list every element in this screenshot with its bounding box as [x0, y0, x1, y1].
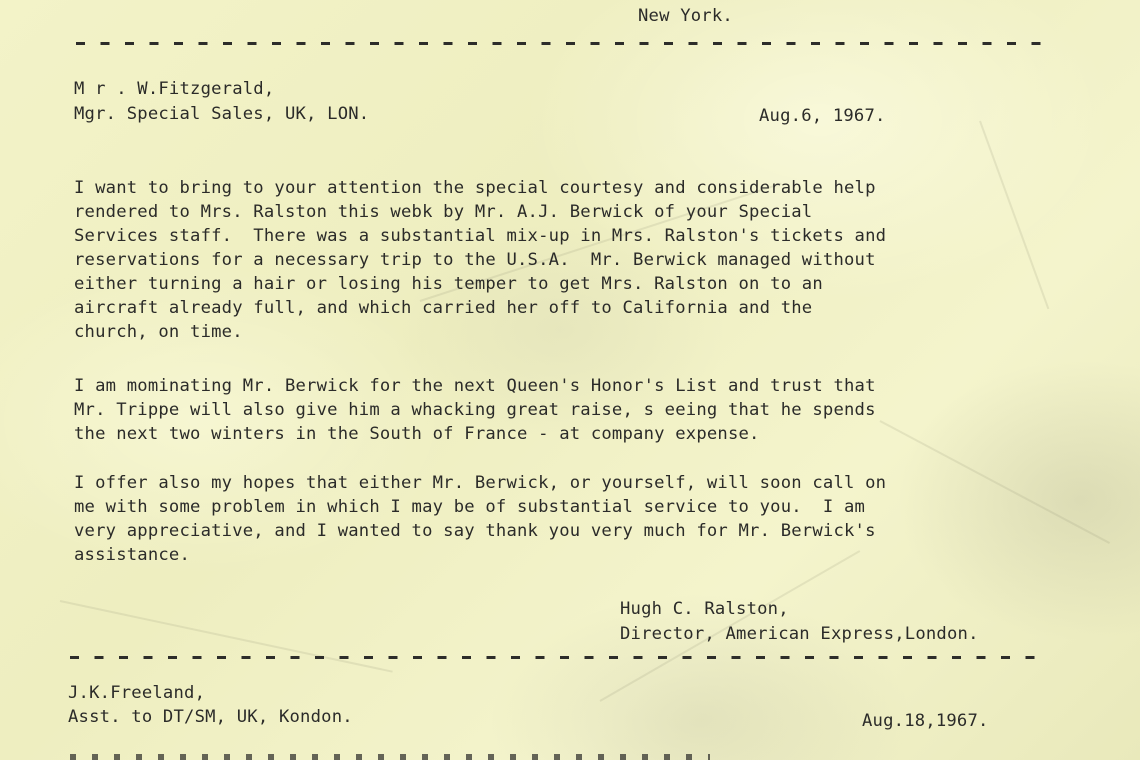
paragraph-line: church, on time. [74, 320, 886, 344]
separator-top [76, 42, 1042, 45]
paper-crease [979, 121, 1049, 310]
paragraph-line: I want to bring to your attention the sp… [74, 176, 886, 200]
paragraph-line: Services staff. There was a substantial … [74, 224, 886, 248]
paragraph-line: reservations for a necessary trip to the… [74, 248, 886, 272]
paper-crease [880, 420, 1111, 544]
paragraph-line: Mr. Trippe will also give him a whacking… [74, 398, 876, 422]
paragraph-line: the next two winters in the South of Fra… [74, 422, 876, 446]
sender-name: J.K.Freeland, [68, 681, 205, 705]
paragraph-line: me with some problem in which I may be o… [74, 495, 886, 519]
signature-title: Director, American Express,London. [620, 622, 979, 646]
recipient-title: Mgr. Special Sales, UK, LON. [74, 102, 369, 126]
paragraph-line: either turning a hair or losing his temp… [74, 272, 886, 296]
paragraph-1: I want to bring to your attention the sp… [74, 176, 886, 344]
paper-crease [60, 600, 393, 673]
paragraph-line: aircraft already full, and which carried… [74, 296, 886, 320]
paragraph-3: I offer also my hopes that either Mr. Be… [74, 471, 886, 567]
cropped-text-fragment [70, 754, 710, 760]
paragraph-line: assistance. [74, 543, 886, 567]
header-city: New York. [638, 4, 733, 28]
paragraph-line: very appreciative, and I wanted to say t… [74, 519, 886, 543]
letter-2-date: Aug.18,1967. [862, 709, 989, 733]
separator-middle [70, 656, 1036, 659]
paragraph-line: I offer also my hopes that either Mr. Be… [74, 471, 886, 495]
letter-date: Aug.6, 1967. [759, 104, 886, 128]
paragraph-line: rendered to Mrs. Ralston this webk by Mr… [74, 200, 886, 224]
sender-title: Asst. to DT/SM, UK, Kondon. [68, 705, 353, 729]
signature-name: Hugh C. Ralston, [620, 597, 789, 621]
paragraph-line: I am mominating Mr. Berwick for the next… [74, 374, 876, 398]
recipient-name: M r . W.Fitzgerald, [74, 77, 274, 101]
paragraph-2: I am mominating Mr. Berwick for the next… [74, 374, 876, 446]
